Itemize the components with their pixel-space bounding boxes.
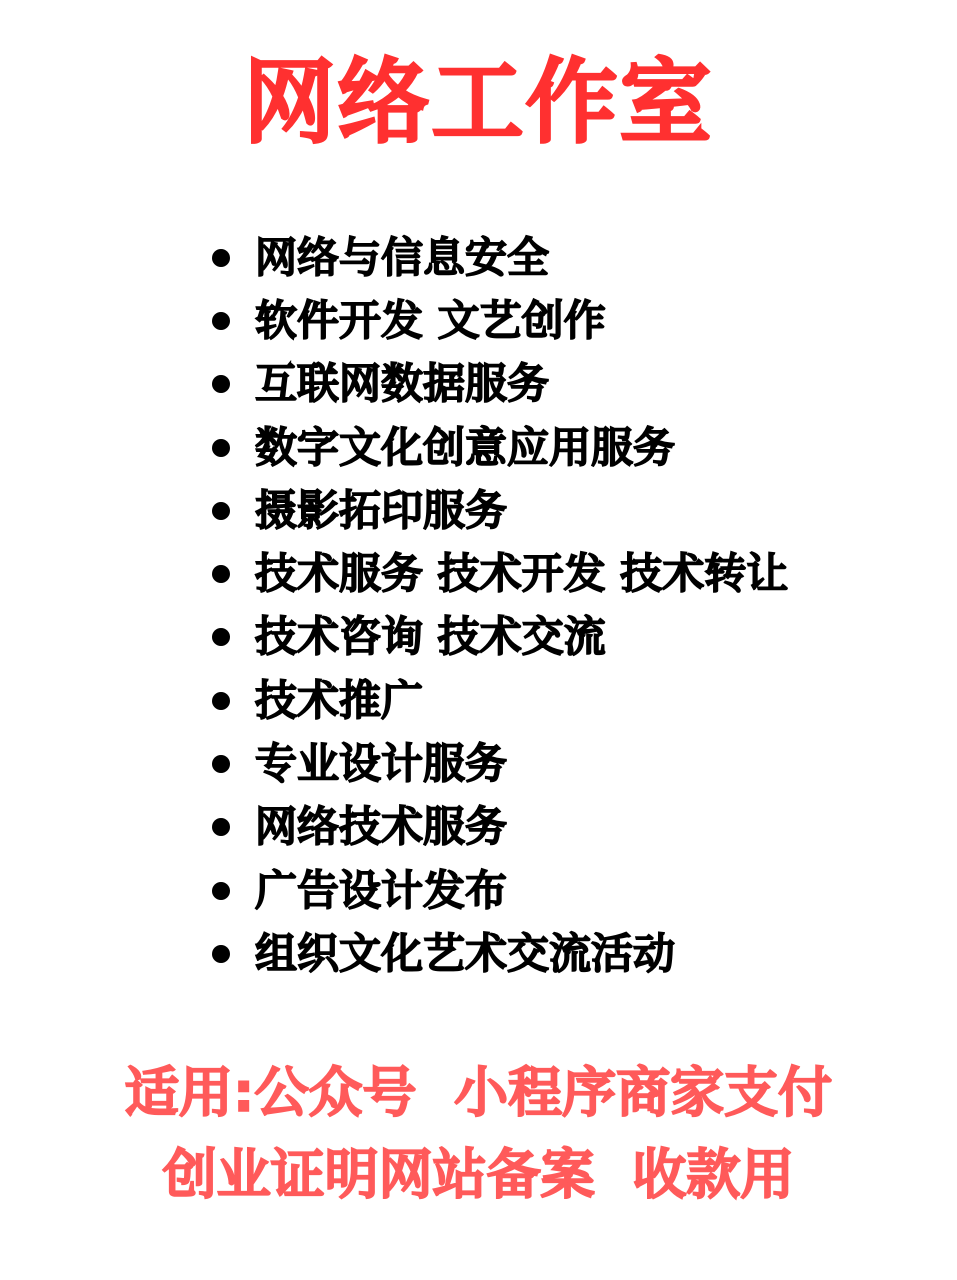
bullet-icon	[212, 755, 230, 773]
service-label: 组织文化艺术交流活动	[255, 926, 675, 982]
service-label: 技术推广	[255, 673, 423, 729]
service-label: 摄影拓印服务	[255, 483, 507, 539]
list-item: 数字文化创意应用服务	[212, 416, 788, 479]
list-item: 广告设计发布	[212, 859, 788, 922]
list-item: 互联网数据服务	[212, 353, 788, 416]
list-item: 网络技术服务	[212, 796, 788, 859]
usage-footer: 适用:公众号 小程序商家支付 创业证明网站备案 收款用	[0, 1052, 957, 1216]
bullet-icon	[212, 882, 230, 900]
service-label: 软件开发 文艺创作	[255, 293, 606, 349]
bullet-icon	[212, 439, 230, 457]
bullet-icon	[212, 502, 230, 520]
list-item: 摄影拓印服务	[212, 479, 788, 542]
list-item: 专业设计服务	[212, 732, 788, 795]
service-label: 互联网数据服务	[255, 356, 549, 412]
list-item: 技术推广	[212, 669, 788, 732]
list-item: 组织文化艺术交流活动	[212, 922, 788, 985]
usage-line-1: 适用:公众号 小程序商家支付	[0, 1052, 957, 1134]
bullet-icon	[212, 375, 230, 393]
list-item: 技术服务 技术开发 技术转让	[212, 542, 788, 605]
bullet-icon	[212, 249, 230, 267]
list-item: 网络与信息安全	[212, 226, 788, 289]
bullet-icon	[212, 945, 230, 963]
service-label: 专业设计服务	[255, 736, 507, 792]
service-label: 网络与信息安全	[255, 230, 549, 286]
service-label: 广告设计发布	[255, 863, 507, 919]
service-list: 网络与信息安全 软件开发 文艺创作 互联网数据服务 数字文化创意应用服务 摄影拓…	[212, 226, 788, 986]
page-title: 网络工作室	[0, 48, 957, 158]
bullet-icon	[212, 628, 230, 646]
service-label: 技术服务 技术开发 技术转让	[255, 546, 788, 602]
service-label: 技术咨询 技术交流	[255, 609, 606, 665]
bullet-icon	[212, 312, 230, 330]
service-label: 网络技术服务	[255, 799, 507, 855]
usage-line-2: 创业证明网站备案 收款用	[0, 1134, 957, 1216]
service-label: 数字文化创意应用服务	[255, 420, 675, 476]
list-item: 技术咨询 技术交流	[212, 606, 788, 669]
list-item: 软件开发 文艺创作	[212, 289, 788, 352]
bullet-icon	[212, 692, 230, 710]
bullet-icon	[212, 565, 230, 583]
bullet-icon	[212, 818, 230, 836]
